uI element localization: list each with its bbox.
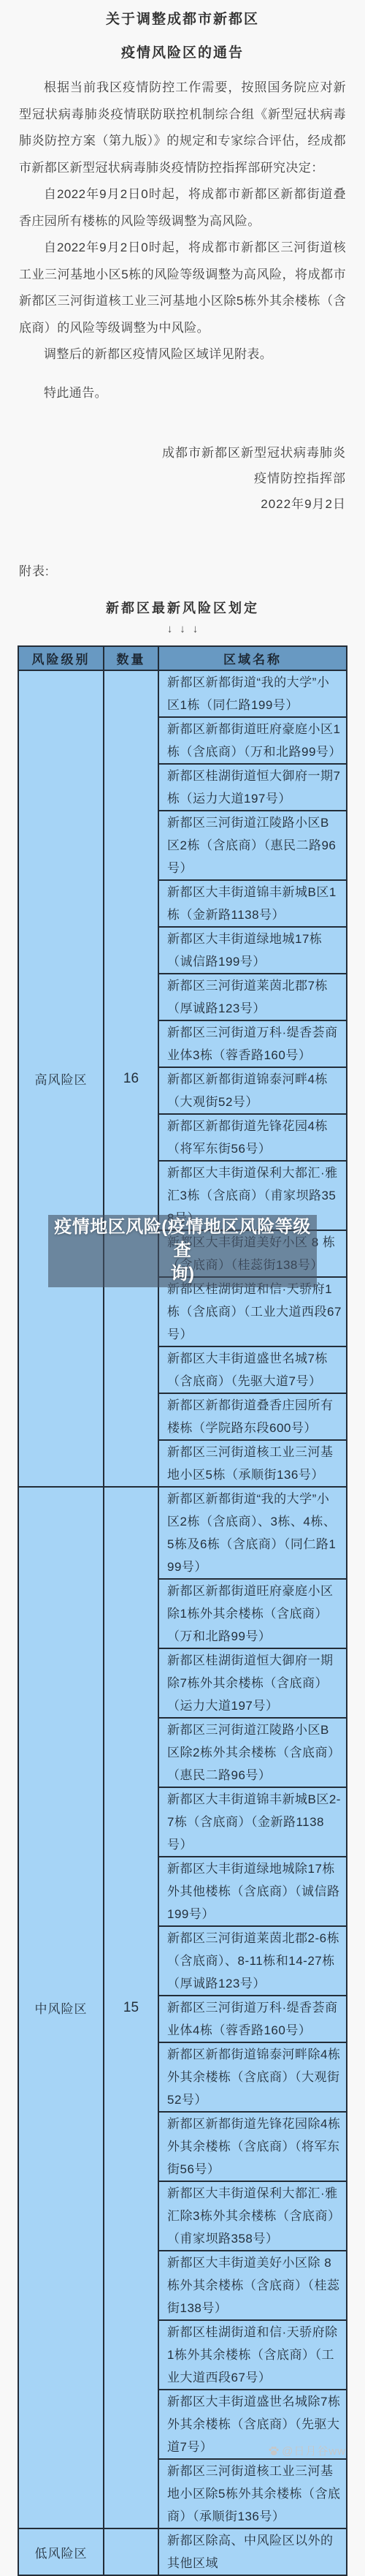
risk-table: 风险级别 数量 区域名称 高风险区16新都区新都街道“我的大学”小区1栋（同仁路… bbox=[18, 645, 347, 2576]
risk-level-cell: 高风险区 bbox=[18, 670, 104, 1487]
table-row: 高风险区16新都区新都街道“我的大学”小区1栋（同仁路199号） bbox=[18, 670, 347, 717]
region-cell: 新都区大丰街道绿地城除17栋外其他楼栋（含底商）（诚信路199号） bbox=[158, 1857, 347, 1926]
region-cell: 新都区三河街道江陵路小区B区2栋（含底商）（惠民二路96号） bbox=[158, 811, 347, 880]
credit-watermark-text: @日月谷ww bbox=[282, 2443, 346, 2458]
header-region-name: 区域名称 bbox=[158, 646, 347, 670]
region-cell: 新都区三河街道万科·缇香荟商业体3栋（蓉香路160号） bbox=[158, 1020, 347, 1067]
appendix-label: 附表: bbox=[19, 561, 346, 579]
risk-level-cell: 中风险区 bbox=[18, 1487, 104, 2528]
paragraph-adjust-2: 自2022年9月2日0时起，将成都市新都区三河街道核工业三河基地小区5栋的风险等… bbox=[19, 235, 346, 341]
region-cell: 新都区桂湖街道恒大御府一期除7栋外其余楼栋（含底商）（运力大道197号） bbox=[158, 1648, 347, 1718]
overlay-watermark: 疫情地区风险(疫情地区风险等级查 询) bbox=[48, 1215, 317, 1287]
paw-icon bbox=[268, 2445, 280, 2457]
header-count: 数量 bbox=[104, 646, 158, 670]
region-cell: 新都区桂湖街道恒大御府一期7栋（运力大道197号） bbox=[158, 764, 347, 811]
signature-org-line-2: 疫情防控指挥部 bbox=[19, 466, 346, 491]
overlay-watermark-line-2: 询) bbox=[48, 1262, 317, 1286]
notice-title: 关于调整成都市新都区 疫情风险区的通告 bbox=[0, 0, 365, 65]
signature-block: 成都市新都区新型冠状病毒肺炎 疫情防控指挥部 2022年9月2日 bbox=[19, 440, 346, 517]
count-cell bbox=[104, 2528, 158, 2575]
header-risk-level: 风险级别 bbox=[18, 646, 104, 670]
region-cell: 新都区大丰街道保利大都汇·雅汇除3栋外其余楼栋（含底商）（甫家坝路358号） bbox=[158, 2181, 347, 2251]
region-cell: 新都区桂湖街道和信·天骄府除1栋外其余楼栋（含底商）（工业大道西段67号） bbox=[158, 2320, 347, 2390]
table-title: 新都区最新风险区划定 bbox=[0, 598, 365, 617]
notice-page: 关于调整成都市新都区 疫情风险区的通告 根据当前我区疫情防控工作需要，按照国务院… bbox=[0, 0, 365, 2576]
region-cell: 新都区新都街道先锋花园除4栋外其余楼栋（含底商）（将军东街56号） bbox=[158, 2112, 347, 2181]
region-cell: 新都区大丰街道绿地城17栋（诚信路199号） bbox=[158, 927, 347, 974]
count-cell: 15 bbox=[104, 1487, 158, 2528]
region-cell: 新都区新都街道先锋花园4栋（将军东街56号） bbox=[158, 1114, 347, 1161]
region-cell: 新都区三河街道莱茵北郡7栋（厚诚路123号） bbox=[158, 974, 347, 1020]
region-cell: 新都区三河街道核工业三河基地小区5栋（承顺街136号） bbox=[158, 1440, 347, 1487]
paragraph-adjust-1: 自2022年9月2日0时起，将成都市新都区新都街道叠香庄园所有楼栋的风险等级调整… bbox=[19, 181, 346, 235]
region-cell: 新都区新都街道锦泰河畔4栋（大观街52号） bbox=[158, 1067, 347, 1114]
region-cell: 新都区新都街道旺府豪庭小区除1栋外其余楼栋（含底商）（万和北路99号） bbox=[158, 1579, 347, 1648]
paragraph-see-appendix: 调整后的新都区疫情风险区域详见附表。 bbox=[19, 341, 346, 368]
credit-watermark: @日月谷ww bbox=[268, 2443, 346, 2458]
region-cell: 新都区大丰街道美好小区除 8 栋外其余楼栋（含底商）（桂蕊街138号） bbox=[158, 2251, 347, 2320]
region-cell: 新都区新都街道叠香庄园所有楼栋（学院路东段600号） bbox=[158, 1393, 347, 1440]
region-cell: 新都区新都街道旺府豪庭小区1栋（含底商）（万和北路99号） bbox=[158, 717, 347, 764]
region-cell: 新都区新都街道“我的大学”小区1栋（同仁路199号） bbox=[158, 670, 347, 717]
overlay-watermark-line-1: 疫情地区风险(疫情地区风险等级查 bbox=[48, 1216, 317, 1262]
signature-org-line-1: 成都市新都区新型冠状病毒肺炎 bbox=[19, 440, 346, 466]
region-cell: 新都区新都街道锦泰河畔除4栋外其余楼栋（含底商）（大观街52号） bbox=[158, 2042, 347, 2112]
notice-title-line-1: 关于调整成都市新都区 bbox=[0, 7, 365, 31]
count-cell: 16 bbox=[104, 670, 158, 1487]
table-row: 中风险区15新都区新都街道“我的大学”小区2栋（含底商）、3栋、4栋、5栋及6栋… bbox=[18, 1487, 347, 1579]
signature-date: 2022年9月2日 bbox=[19, 491, 346, 517]
region-cell: 新都区桂湖街道和信·天骄府1栋（含底商）（工业大道西段67号） bbox=[158, 1277, 347, 1346]
region-cell: 新都区新都街道“我的大学”小区2栋（含底商）、3栋、4栋、5栋及6栋（含底商）（… bbox=[158, 1487, 347, 1579]
paragraph-closing: 特此通告。 bbox=[19, 380, 346, 407]
region-cell: 新都区大丰街道盛世名城7栋（含底商）（先驱大道7号） bbox=[158, 1346, 347, 1393]
region-cell: 新都区大丰街道锦丰新城B区2-7栋（含底商）（金新路1138号） bbox=[158, 1787, 347, 1857]
down-arrows-icon: ↓↓↓ bbox=[0, 623, 365, 635]
region-cell: 新都区三河街道莱茵北郡2-6栋（含底商）、8-11栋和14-27栋（厚诚路123… bbox=[158, 1926, 347, 1996]
risk-level-cell: 低风险区 bbox=[18, 2528, 104, 2575]
region-cell: 新都区除高、中风险区以外的其他区域 bbox=[158, 2528, 347, 2575]
table-row: 低风险区新都区除高、中风险区以外的其他区域 bbox=[18, 2528, 347, 2575]
paragraph-basis: 根据当前我区疫情防控工作需要，按照国务院应对新型冠状病毒肺炎疫情联防联控机制综合… bbox=[19, 75, 346, 181]
notice-title-line-2: 疫情风险区的通告 bbox=[0, 41, 365, 65]
region-cell: 新都区三河街道核工业三河基地小区除5栋外其余楼栋（含底商）（承顺街136号） bbox=[158, 2459, 347, 2528]
region-cell: 新都区三河街道万科·缇香荟商业体4栋（蓉香路160号） bbox=[158, 1996, 347, 2042]
notice-body: 根据当前我区疫情防控工作需要，按照国务院应对新型冠状病毒肺炎疫情联防联控机制综合… bbox=[19, 75, 346, 406]
risk-table-header-row: 风险级别 数量 区域名称 bbox=[18, 646, 347, 670]
region-cell: 新都区三河街道江陵路小区B区除2栋外其余楼栋（含底商）（惠民二路96号） bbox=[158, 1718, 347, 1787]
region-cell: 新都区大丰街道锦丰新城B区1栋（金新路1138号） bbox=[158, 880, 347, 927]
